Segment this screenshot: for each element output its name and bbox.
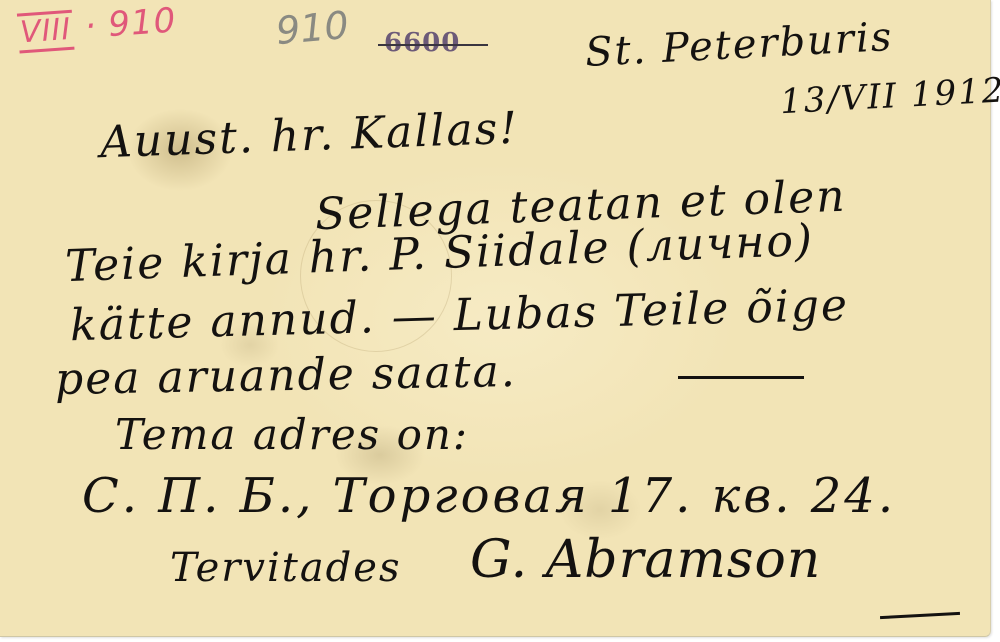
signature: G. Abramson [470, 530, 821, 590]
struck-stamped-number: 6600 [384, 28, 460, 58]
letter-closing: Tervitades [170, 545, 401, 591]
address-intro: Tema adres on: [115, 410, 469, 459]
archive-red-pencil-mark: VIII · 910 [17, 1, 178, 54]
gray-pencil-number: 910 [274, 3, 350, 53]
address-line: С. П. Б., Торговая 17. кв. 24. [82, 468, 896, 524]
letter-place: St. Peterburis [584, 14, 894, 76]
postcard: VIII · 910 910 6600 St. Peterburis 13/VI… [0, 0, 991, 637]
letter-salutation: Auust. hr. Kallas! [99, 103, 519, 169]
letter-body-line-4: pea aruande saata. [55, 346, 518, 405]
archive-red-dot: · [83, 6, 98, 47]
handwritten-dash [678, 376, 804, 379]
archive-red-number: 910 [107, 1, 178, 46]
signature-flourish [880, 612, 960, 619]
letter-body-line-3: kätte annud. — Lubas Teile õige [69, 280, 849, 351]
letter-date: 13/VII 1912. [779, 70, 1000, 122]
stamped-number-text: 6600 [384, 28, 460, 58]
archive-roman-numeral: VIII [17, 10, 75, 54]
strike-through-line [378, 44, 488, 46]
